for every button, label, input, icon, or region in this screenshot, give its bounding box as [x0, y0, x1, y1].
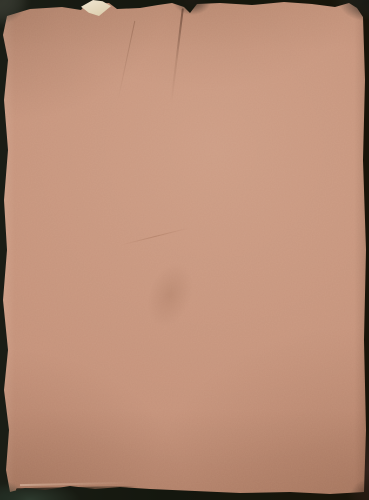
photo-old-paper-cover: [0, 0, 369, 500]
blank-paper-cover: [0, 0, 369, 500]
paper-grain-texture: [0, 0, 369, 500]
